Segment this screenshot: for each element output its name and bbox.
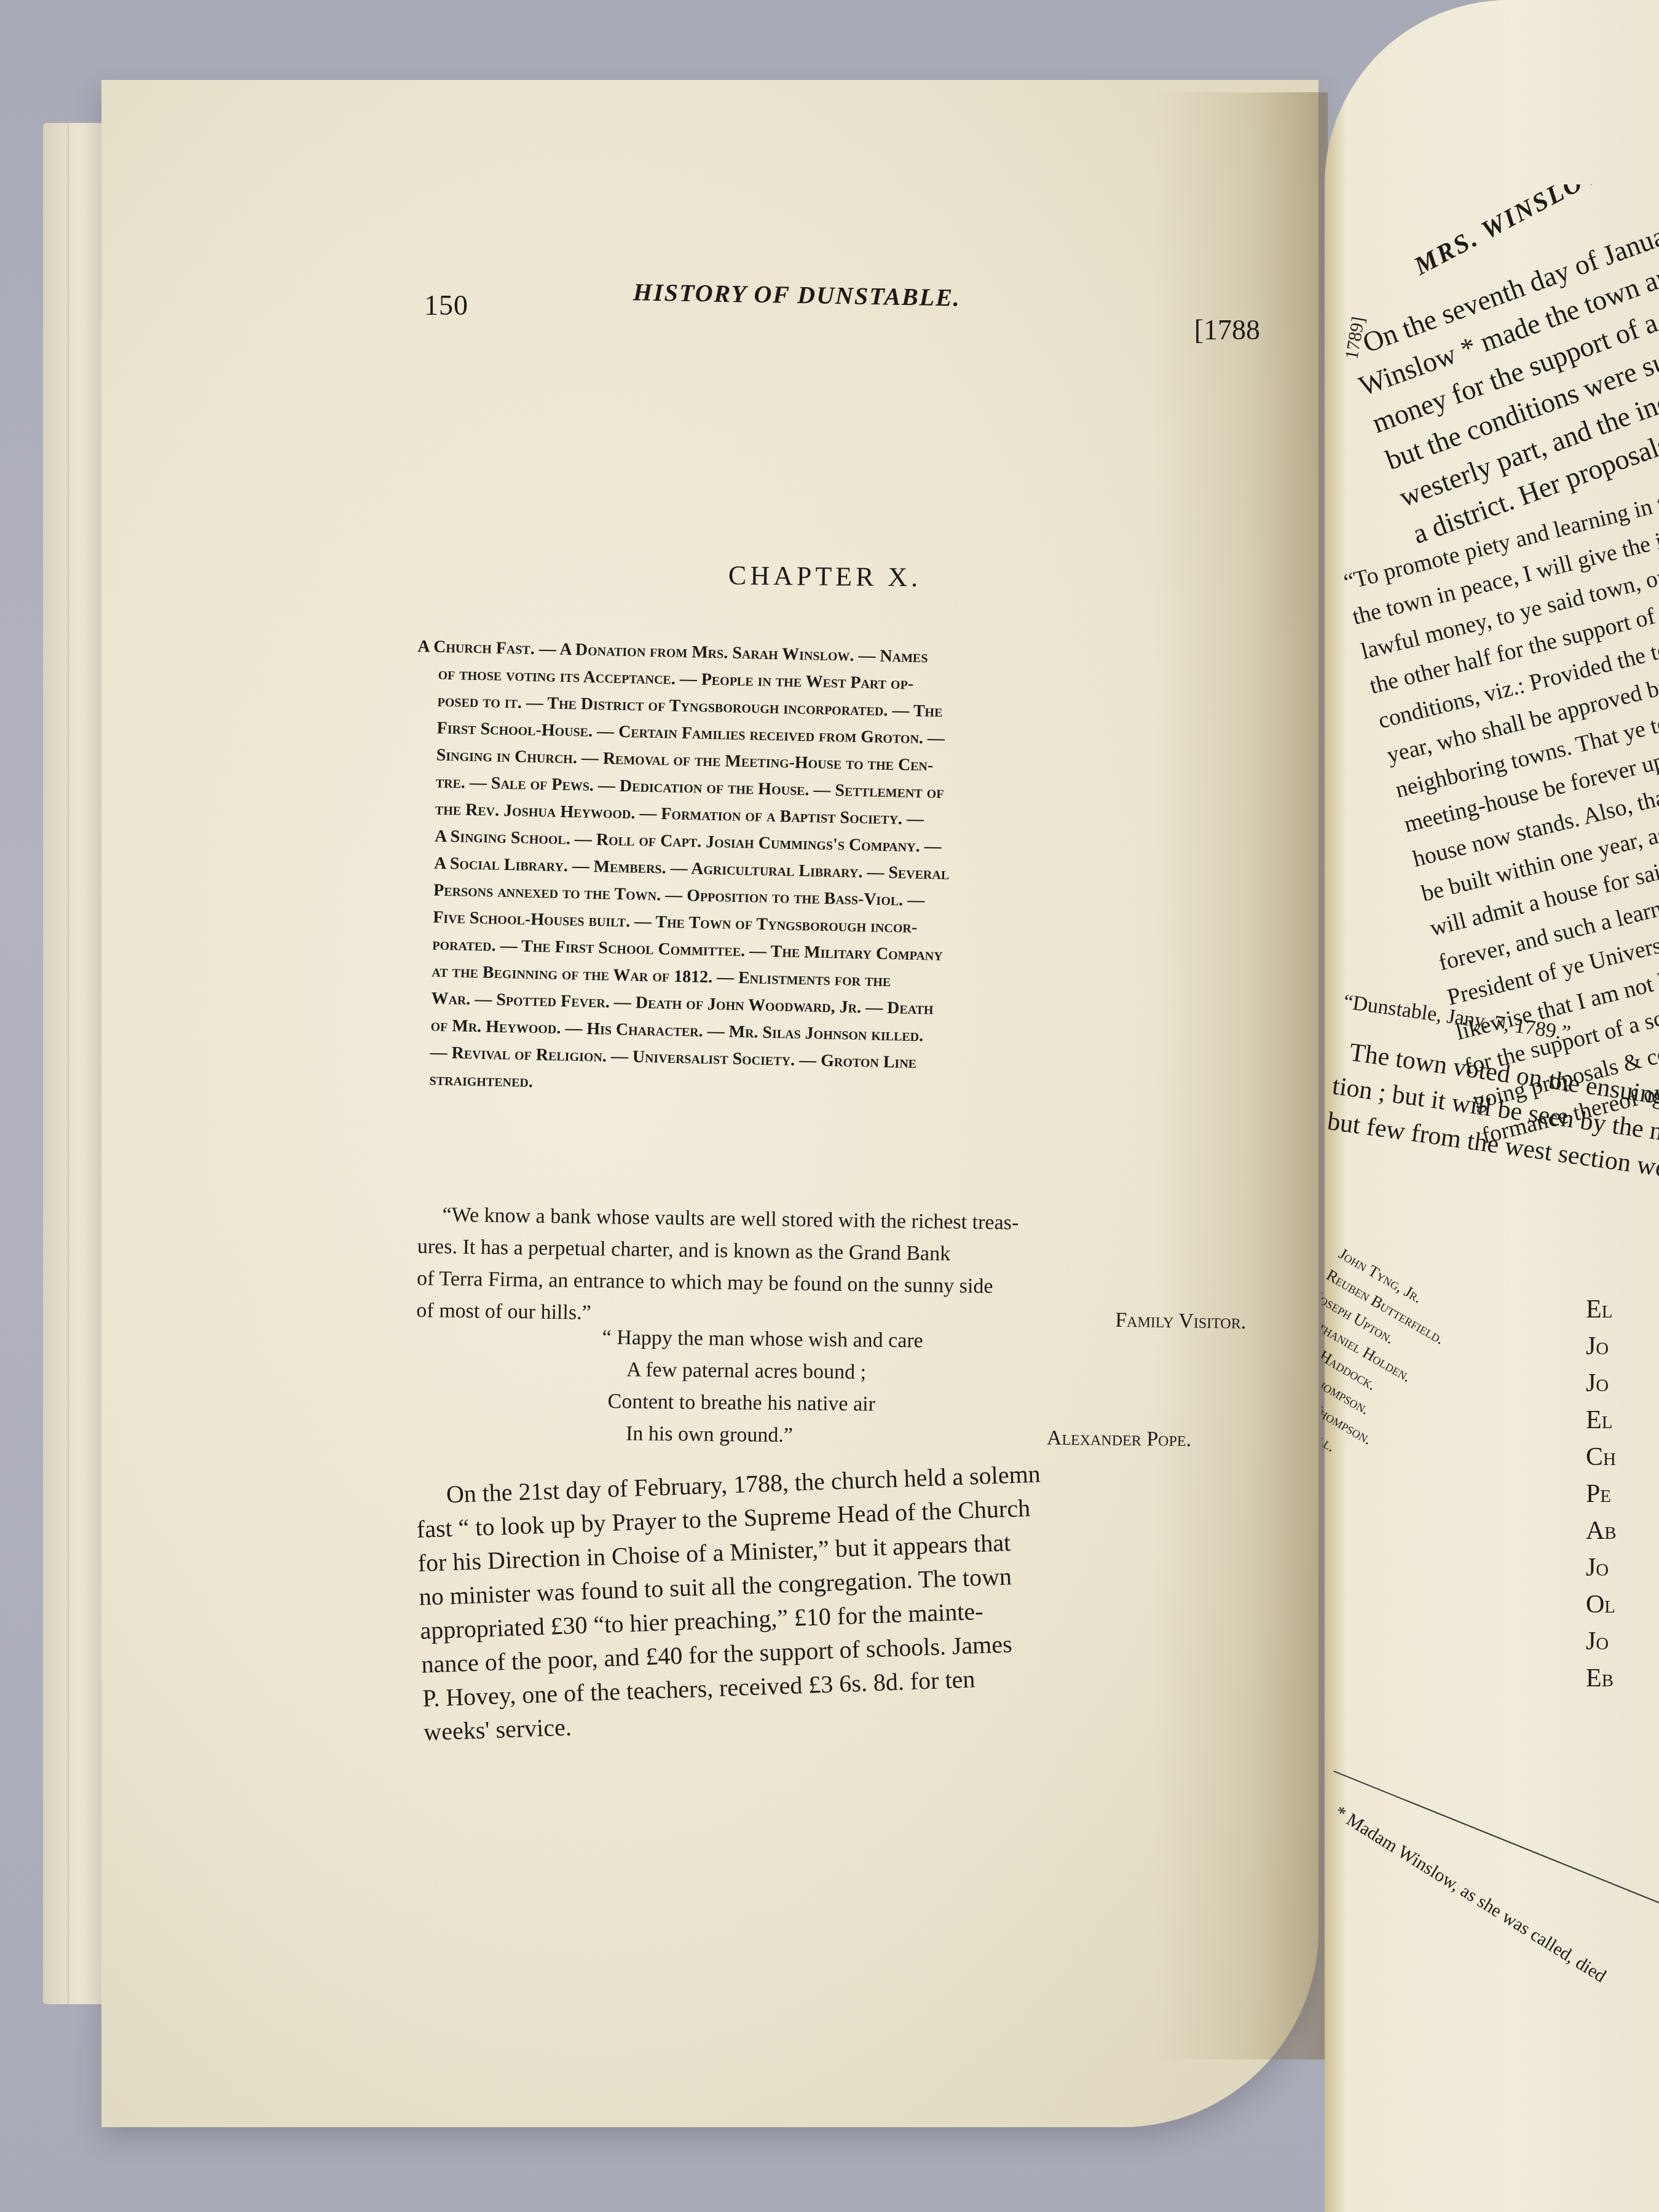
chapter-synopsis: A Church Fast. — A Donation from Mrs. Sa… — [408, 633, 1253, 1110]
running-title: HISTORY OF DUNSTABLE. — [633, 277, 961, 312]
voter-name-partial: Eb — [1586, 1660, 1617, 1697]
voter-name-partial: Ch — [1586, 1439, 1617, 1475]
chapter-heading: CHAPTER X. — [728, 559, 922, 593]
body-paragraph: On the 21st day of February, 1788, the c… — [415, 1449, 1272, 1749]
year-mark: [1788 — [1194, 314, 1260, 346]
right-page-content: MRS. WINSLOW'S 1789] On the seventh day … — [1322, 184, 1659, 2212]
left-page-header: 150 HISTORY OF DUNSTABLE. [1788 — [424, 289, 1260, 350]
voter-name-partial: Jo — [1586, 1328, 1617, 1365]
epigraph-poem: “ Happy the man whose wish and care A fe… — [601, 1322, 1279, 1457]
voter-name-partial: Jo — [1586, 1623, 1617, 1660]
page-number: 150 — [424, 289, 468, 322]
voter-name-partial: Pe — [1586, 1475, 1617, 1512]
voter-name-partial: Jo — [1586, 1365, 1617, 1402]
voter-name-partial: Ab — [1586, 1512, 1617, 1549]
epigraph-prose: “We know a bank whose vaults are well st… — [416, 1199, 1254, 1338]
voter-name-partial: Ol — [1586, 1586, 1617, 1623]
voter-name-partial: Jo — [1586, 1549, 1617, 1586]
poem-attribution: Alexander Pope. — [1047, 1423, 1192, 1456]
voter-names-list-2: El Jo Jo El Ch Pe Ab Jo Ol Jo Eb — [1586, 1291, 1617, 1697]
footnote: * Madam Winslow, as she was called, died — [1326, 1795, 1614, 1994]
voter-name-partial: El — [1586, 1402, 1617, 1439]
voter-name-partial: El — [1586, 1291, 1617, 1328]
voter-names-list: John Tyng, Jr. Reuben Butterfield. Josep… — [1322, 1242, 1462, 1542]
